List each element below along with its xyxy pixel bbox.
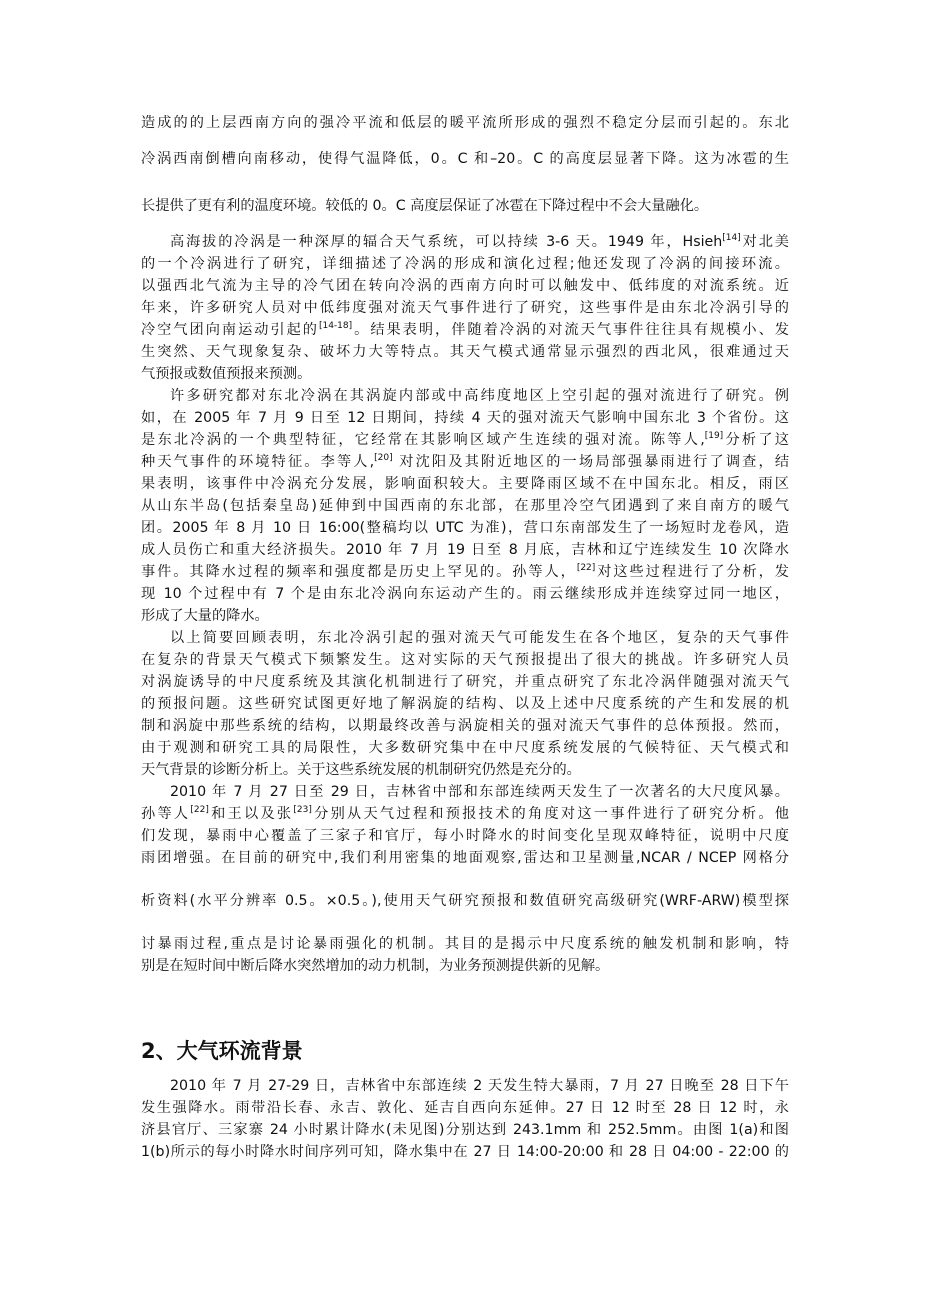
text-line: 天气背景的诊断分析上。关于这些系统发展的机制研究仍然是充分的。	[141, 760, 789, 780]
citation-superscript: [23]	[293, 805, 311, 815]
text-line: 冷涡西南倒槽向南移动，使得气温降低，0。C 和–20。C 的高度层显著下降。这为…	[141, 149, 789, 169]
text-line: 析资料(水平分辨率 0.5。×0.5。),使用天气研究预报和数值研究高级研究(W…	[141, 891, 789, 911]
text-line: 如，在 2005 年 7 月 9 日至 12 日期间，持续 4 天的强对流天气影…	[141, 408, 789, 428]
text-line: 气预报或数值预报来预测。	[141, 364, 789, 384]
text-line: 许多研究都对东北冷涡在其涡旋内部或中高纬度地区上空引起的强对流进行了研究。例	[141, 386, 789, 406]
text-segment: 分析了这	[723, 432, 789, 448]
text-line: 现 10 个过程中有 7 个是由东北冷涡向东运动产生的。雨云继续形成并连续穿过同…	[141, 584, 789, 604]
text-line: 2010 年 7 月 27 日至 29 日，吉林省中部和东部连续两天发生了一次著…	[141, 782, 789, 802]
text-line: 冷空气团向南运动引起的[14-18]。结果表明，伴随着冷涡的对流天气事件往往具有…	[141, 320, 789, 340]
text-segment: 分别从天气过程和预报技术的角度对这一事件进行了研究分析。他	[312, 806, 789, 822]
text-line: 制和涡旋中那些系统的结构，以期最终改善与涡旋相关的强对流天气事件的总体预报。然而…	[141, 716, 789, 736]
text-segment: 对沈阳及其附近地区的一场局部强暴雨进行了调查，结	[393, 454, 789, 470]
text-line: 对涡旋诱导的中尺度系统及其演化机制进行了研究，并重点研究了东北冷涡伴随强对流天气	[141, 672, 789, 692]
text-line: 孙等人[22]和王以及张[23]分别从天气过程和预报技术的角度对这一事件进行了研…	[141, 804, 789, 824]
text-segment: 种天气事件的环境特征。李等人,	[141, 454, 374, 470]
text-line: 的一个冷涡进行了研究，详细描述了冷涡的形成和演化过程;他还发现了冷涡的间接环流。	[141, 254, 789, 274]
citation-superscript: [20]	[374, 453, 392, 463]
text-segment: 对北美	[741, 234, 789, 250]
text-line: 形成了大量的降水。	[141, 606, 789, 626]
text-segment: 和王以及张	[209, 806, 294, 822]
text-line: 是东北冷涡的一个典型特征，它经常在其影响区域产生连续的强对流。陈等人,[19]分…	[141, 430, 789, 450]
text-line: 济县官厅、三家寨 24 小时累计降水(未见图)分别达到 243.1mm 和 25…	[141, 1120, 789, 1140]
text-segment: 冷空气团向南运动引起的	[141, 322, 319, 338]
text-line: 们发现，暴雨中心覆盖了三家子和官厅，每小时降水的时间变化呈现双峰特征，说明中尺度	[141, 826, 789, 846]
text-line: 成人员伤亡和重大经济损失。2010 年 7 月 19 日至 8 月底，吉林和辽宁…	[141, 540, 789, 560]
text-line: 果表明，该事件中冷涡充分发展，影响面积较大。主要降雨区域不在中国东北。相反，雨区	[141, 474, 789, 494]
text-line: 团。2005 年 8 月 10 日 16:00(整稿均以 UTC 为准)，营口东…	[141, 518, 789, 538]
citation-superscript: [14-18]	[319, 321, 352, 331]
text-segment: 是东北冷涡的一个典型特征，它经常在其影响区域产生连续的强对流。陈等人,	[141, 432, 705, 448]
citation-superscript: [22]	[577, 563, 595, 573]
text-line: 在复杂的背景天气模式下频繁发生。这对实际的天气预报提出了很大的挑战。许多研究人员	[141, 650, 789, 670]
text-segment: 孙等人	[141, 806, 190, 822]
text-line: 1(b)所示的每小时降水时间序列可知，降水集中在 27 日 14:00-20:0…	[141, 1142, 789, 1162]
citation-superscript: [14]	[722, 233, 740, 243]
text-line: 从山东半岛(包括秦皇岛)延伸到中国西南的东北部，在那里冷空气团遇到了来自南方的暖…	[141, 496, 789, 516]
text-segment: 。结果表明，伴随着冷涡的对流天气事件往往具有规模小、发	[352, 322, 789, 338]
text-line: 种天气事件的环境特征。李等人,[20] 对沈阳及其附近地区的一场局部强暴雨进行了…	[141, 452, 789, 472]
text-line: 造成的的上层西南方向的强冷平流和低层的暖平流所形成的强烈不稳定分层而引起的。东北	[141, 113, 789, 133]
text-line: 由于观测和研究工具的局限性，大多数研究集中在中尺度系统发展的气候特征、天气模式和	[141, 738, 789, 758]
text-line: 年来，许多研究人员对中低纬度强对流天气事件进行了研究，这些事件是由东北冷涡引导的	[141, 298, 789, 318]
text-line: 的预报问题。这些研究试图更好地了解涡旋的结构、以及上述中尺度系统的产生和发展的机	[141, 694, 789, 714]
text-line: 高海拔的冷涡是一种深厚的辐合天气系统，可以持续 3-6 天。1949 年，Hsi…	[141, 232, 789, 252]
text-line: 事件。其降水过程的频率和强度都是历史上罕见的。孙等人，[22]对这些过程进行了分…	[141, 562, 789, 582]
text-segment: 对这些过程进行了分析，发	[595, 564, 789, 580]
text-segment: 事件。其降水过程的频率和强度都是历史上罕见的。孙等人，	[141, 564, 577, 580]
citation-superscript: [22]	[190, 805, 208, 815]
text-segment: 高海拔的冷涡是一种深厚的辐合天气系统，可以持续 3-6 天。1949 年，Hsi…	[170, 234, 722, 250]
section-heading: 2、大气环流背景	[141, 1037, 303, 1065]
text-line: 雨团增强。在目前的研究中,我们利用密集的地面观察,雷达和卫星测量,NCAR / …	[141, 848, 789, 868]
citation-superscript: [19]	[705, 431, 723, 441]
text-line: 讨暴雨过程,重点是讨论暴雨强化的机制。其目的是揭示中尺度系统的触发机制和影响，特	[141, 934, 789, 954]
text-line: 生突然、天气现象复杂、破坏力大等特点。其天气模式通常显示强烈的西北风，很难通过天	[141, 342, 789, 362]
text-line: 以强西北气流为主导的冷气团在转向冷涡的西南方向时可以触发中、低纬度的对流系统。近	[141, 276, 789, 296]
text-line: 2010 年 7 月 27-29 日，吉林省中东部连续 2 天发生特大暴雨，7 …	[141, 1076, 789, 1096]
text-line: 发生强降水。雨带沿长春、永吉、敦化、延吉自西向东延伸。27 日 12 时至 28…	[141, 1098, 789, 1118]
text-line: 别是在短时间中断后降水突然增加的动力机制，为业务预测提供新的见解。	[141, 956, 789, 976]
text-line: 长提供了更有利的温度环境。较低的 0。C 高度层保证了冰雹在下降过程中不会大量融…	[141, 196, 789, 216]
text-line: 以上简要回顾表明，东北冷涡引起的强对流天气可能发生在各个地区，复杂的天气事件	[141, 628, 789, 648]
